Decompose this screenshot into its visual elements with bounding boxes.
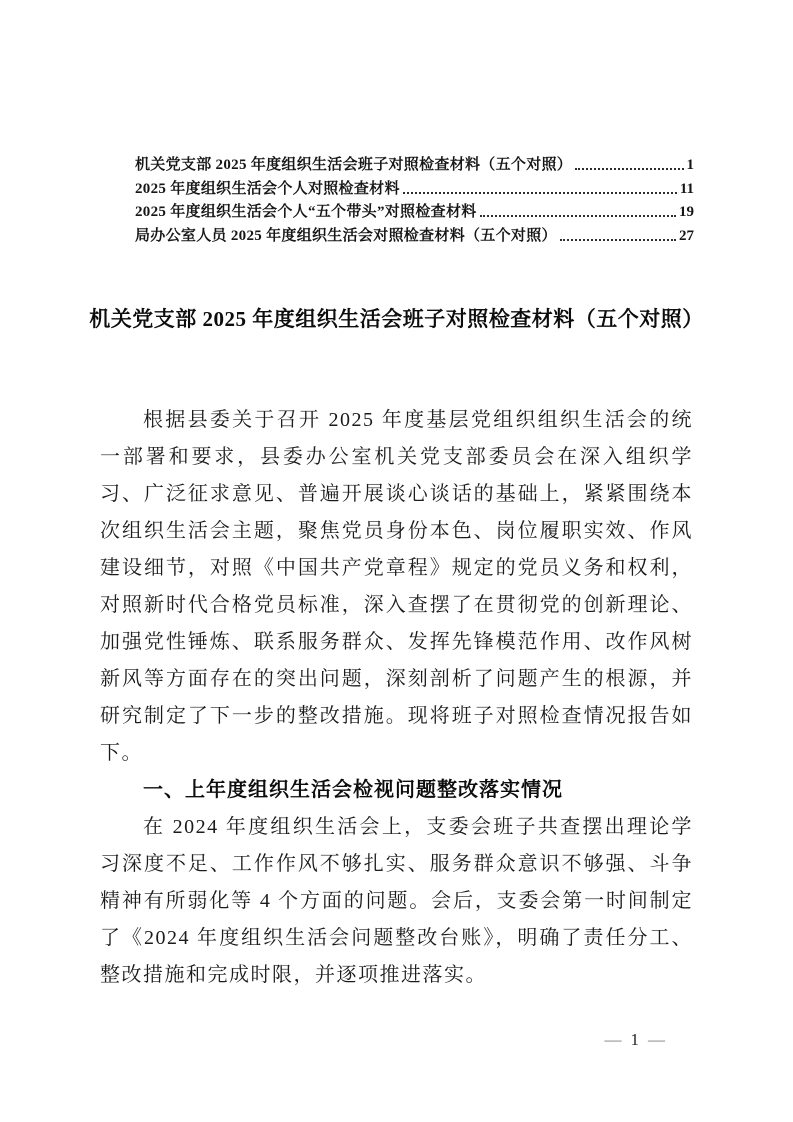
toc-dotted-leader xyxy=(403,192,677,194)
toc-entry-label: 机关党支部 2025 年度组织生活会班子对照检查材料（五个对照） xyxy=(135,153,572,174)
toc-entry-label: 2025 年度组织生活会个人“五个带头”对照检查材料 xyxy=(135,200,477,221)
section-heading: 一、上年度组织生活会检视问题整改落实情况 xyxy=(100,772,693,809)
document-page: 机关党支部 2025 年度组织生活会班子对照检查材料（五个对照） 1 2025 … xyxy=(0,0,793,1122)
toc-entry-label: 2025 年度组织生活会个人对照检查材料 xyxy=(135,177,400,198)
toc-entry-page-number: 19 xyxy=(679,204,694,221)
toc-entry[interactable]: 2025 年度组织生活会个人对照检查材料 11 xyxy=(135,174,694,197)
footer-dash-right: — xyxy=(646,1030,667,1049)
table-of-contents: 机关党支部 2025 年度组织生活会班子对照检查材料（五个对照） 1 2025 … xyxy=(135,151,694,245)
toc-entry[interactable]: 机关党支部 2025 年度组织生活会班子对照检查材料（五个对照） 1 xyxy=(135,151,694,174)
footer-page-number: 1 xyxy=(624,1030,647,1049)
toc-entry-label: 局办公室人员 2025 年度组织生活会对照检查材料（五个对照） xyxy=(135,224,557,245)
document-body: 根据县委关于召开 2025 年度基层党组织组织生活会的统一部署和要求，县委办公室… xyxy=(100,402,693,994)
toc-dotted-leader xyxy=(480,215,676,217)
toc-entry[interactable]: 2025 年度组织生活会个人“五个带头”对照检查材料 19 xyxy=(135,198,694,221)
page-footer: —1— xyxy=(0,1030,667,1050)
toc-entry-page-number: 27 xyxy=(679,228,694,245)
toc-entry-page-number: 1 xyxy=(687,157,695,174)
document-title: 机关党支部 2025 年度组织生活会班子对照检查材料（五个对照） xyxy=(55,303,738,333)
body-paragraph: 在 2024 年度组织生活会上，支委会班子共查摆出理论学习深度不足、工作作风不够… xyxy=(100,809,693,994)
body-paragraph: 根据县委关于召开 2025 年度基层党组织组织生活会的统一部署和要求，县委办公室… xyxy=(100,402,693,772)
toc-entry[interactable]: 局办公室人员 2025 年度组织生活会对照检查材料（五个对照） 27 xyxy=(135,221,694,244)
toc-dotted-leader xyxy=(560,239,676,241)
toc-entry-page-number: 11 xyxy=(680,181,694,198)
toc-dotted-leader xyxy=(575,168,683,170)
footer-dash-left: — xyxy=(603,1030,624,1049)
